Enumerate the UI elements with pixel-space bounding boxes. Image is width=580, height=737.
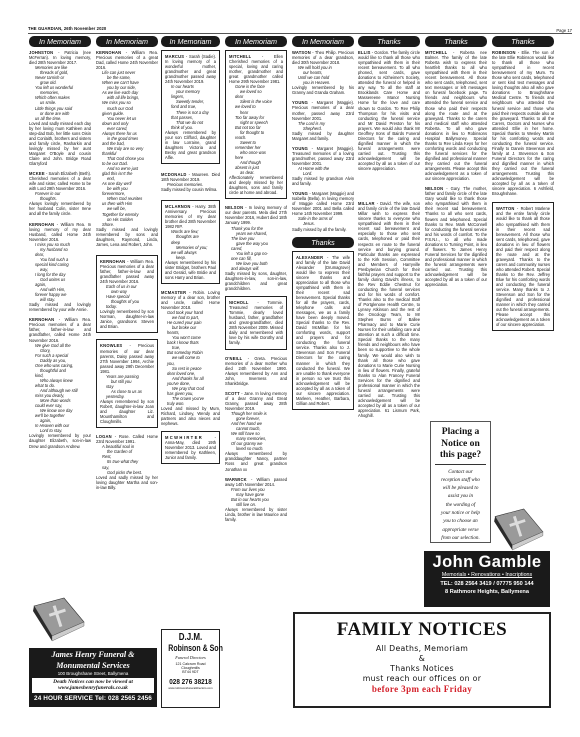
notice-nelson: NELSON - In loving memory of our dear pa… <box>225 205 287 291</box>
notice-kernohan-son: KERNOHAN - William Rea. Precious memorie… <box>96 255 158 334</box>
notice-marcus: MARCUS - Sarah (Sadie). In loving memory… <box>161 50 220 164</box>
notice-ellis: ELLIS - Gordon. The family circle would … <box>358 50 420 171</box>
notice-mcdonald: MCDONALD - Maureen. Died 18th November 2… <box>161 172 220 192</box>
verse-line: from our selection. <box>431 534 490 542</box>
verse-line: Contact our <box>431 468 490 476</box>
verse: The Lord is myShepherd. <box>292 121 354 131</box>
notice-kernohan-wife: KERNOHAN - William Rea. In loving memory… <box>29 222 91 313</box>
verse: We give God all theGlory,For such a spec… <box>29 343 91 434</box>
notice-mcmaster: MCMASTER - Robin. Loving memory of a dea… <box>161 290 220 426</box>
verse: We will hold you inour hearts,Until we c… <box>292 65 354 85</box>
notice-knowles: KNOWLES - Precious memories of our dear … <box>96 339 158 428</box>
notice-warwick: WARWICK - William passed away 14th Novem… <box>225 477 287 522</box>
section-header-in-memoriam: In Memoriam <box>29 36 91 47</box>
column-1: In Memoriam JOHNSTON - Patricia (nee McF… <box>29 36 91 454</box>
verse-line: appropriate verse <box>431 526 490 534</box>
column-7: Thanks MITCHELL - Roberta nee Balmer. Th… <box>425 36 487 292</box>
website-link[interactable]: www.jameshenryfunerals.co.uk <box>32 685 154 691</box>
header-rule <box>28 33 572 34</box>
verse: Life can just neverbe the same,When we c… <box>96 70 158 226</box>
family-notices-title: FAMILY NOTICES <box>295 619 549 641</box>
notice-mitchell-ellen: MITCHELL - Ellen Cherished memories of a… <box>225 50 287 199</box>
bible-icon <box>30 596 88 642</box>
column-4: In Memoriam MITCHELL - Ellen Cherished m… <box>225 36 287 527</box>
section-header-in-memoriam: In Memoriam <box>225 36 287 47</box>
section-header-in-memoriam: In Memoriam <box>96 36 158 47</box>
verse: Forever in ourthoughts. <box>29 191 91 201</box>
verse: Though her smile isgone forever,And her … <box>225 411 287 451</box>
section-header-thanks: Thanks <box>358 36 420 47</box>
website-link[interactable]: www.robinsonsfuneraldirectors.com <box>162 686 219 690</box>
column-8: Thanks ROBINSON - Ellie. The son of the … <box>492 36 554 337</box>
section-header-thanks: Thanks <box>292 237 354 248</box>
verse: Safe in the arms ofJesus. <box>292 216 354 226</box>
notice-kernohan-daughter: KERNOHAN - William Rea. Precious memorie… <box>29 317 91 448</box>
notice-mclarnon: MCLARNON - Harry. 38th Anniversary. Prec… <box>161 200 220 284</box>
masthead: THE GUARDIAN, 26th November 2020 <box>28 26 106 31</box>
notice-young-daughter: YOUNG - Margaret (Maggie). Precious memo… <box>292 100 354 140</box>
verse-line: your notice or help <box>431 509 490 517</box>
verse-line: assist you in <box>431 492 490 500</box>
verse: Words are few;thoughts aredeepMemories o… <box>165 229 216 259</box>
notice-nicholl: NICHOLL - Tommie. Treasured memories of … <box>225 296 287 349</box>
notice-young-family: YOUNG - Margaret (Maggie) and Isabella (… <box>292 191 354 231</box>
deadline-text: before 3pm each Friday <box>295 684 549 695</box>
family-notices-box: FAMILY NOTICES All Deaths, Memoriam & Th… <box>293 612 551 708</box>
notice-oneill: O'NEILL - Greta. Precious memories of a … <box>225 356 287 386</box>
notice-mcwhirter: MCWHIRTER - Anna-May, died 19th November… <box>161 431 220 464</box>
notice-kernohan-children: KERNOHAN - William Rea. Precious memorie… <box>96 50 158 247</box>
verse: Each of us in ourown wayHave specialthou… <box>100 284 154 309</box>
column-3: In Memoriam MARCUS - Sarah (Sadie). In l… <box>161 36 220 470</box>
bible-icon <box>490 507 548 551</box>
section-header-in-memoriam: In Memoriam <box>161 36 220 47</box>
verse-line: reception staff who <box>431 476 490 484</box>
ad-djm-robinson: D.J.M. Robinson & Son Funeral Directors … <box>161 629 220 708</box>
section-header-thanks: Thanks <box>425 36 487 47</box>
notice-millar: MILLAR - David. The wife, son and family… <box>358 201 420 418</box>
notice-alexander: ALEXANDER - The wife and family of the l… <box>292 251 354 410</box>
notice-scott: SCOTT - Jane. In loving memory of a dear… <box>225 391 287 472</box>
notice-johnston: JOHNSTON - Patricia (nee McFerran). In l… <box>29 50 91 166</box>
verse-line: you to choose an <box>431 517 490 525</box>
notice-nelson-gary: NELSON - Gary. The mother, father and fa… <box>425 186 487 287</box>
verse: A beautiful soul inthe Garden ofRest,Its… <box>96 444 158 474</box>
verse: In our heartsyour memorylingers,Sweetly … <box>165 84 216 129</box>
verse: Memories are likethreads of gold,Never t… <box>29 65 91 121</box>
verse-line: will be pleased to <box>431 484 490 492</box>
notice-logan: LOGAN - Rose. Called Home 23rd November … <box>96 434 158 490</box>
verse: From our lives youmay have goneBut in ou… <box>225 487 287 507</box>
verse: Gone is the facewe loved sodearSilent is… <box>229 84 283 175</box>
ad-james-henry-funeral: James Henry Funeral & Monumental Service… <box>29 648 157 707</box>
notice-watson: WATSON - Theo Philip. Precious memories … <box>292 50 354 95</box>
notice-young-grandson: YOUNG - Margaret (Maggie). Treasured mem… <box>292 146 354 186</box>
verse: God took your handwe had to part,He cure… <box>161 310 220 406</box>
divider <box>435 464 486 465</box>
notice-mckee: MCKEE - Sarah Elizabeth (Beth). Cherishe… <box>29 171 91 216</box>
placing-notice-box: Placing a Notice on this page? Contact o… <box>430 421 491 543</box>
website-box: Death Notices can now be viewed at www.j… <box>32 678 154 693</box>
verse: Years are passingbut still youstayAs clo… <box>100 374 154 399</box>
verse: I miss you so muchmy husband sodear,You … <box>29 242 91 303</box>
ad-john-gamble: John Gamble Memorials • Renovations • In… <box>424 551 550 607</box>
notice-robinson: ROBINSON - Ellie. The son of the late El… <box>492 50 554 196</box>
verse: At Home with theLord. <box>292 166 354 176</box>
notice-mitchell-roberta: MITCHELL - Roberta nee Balmer. The famil… <box>425 50 487 181</box>
verse-line: the wording of <box>431 501 490 509</box>
column-2: In Memoriam KERNOHAN - William Rea. Prec… <box>96 36 158 495</box>
section-header-thanks: Thanks <box>492 36 554 47</box>
section-header-in-memoriam: In Memoriam <box>292 36 354 47</box>
verse: Thank you for theyears we shared,The lov… <box>225 226 287 271</box>
notice-watton: WATTON - Robert Marlene and the entire f… <box>492 202 554 331</box>
column-5: In Memoriam WATSON - Theo Philip. Precio… <box>292 36 354 416</box>
column-6: Thanks ELLIS - Gordon. The family circle… <box>358 36 420 423</box>
